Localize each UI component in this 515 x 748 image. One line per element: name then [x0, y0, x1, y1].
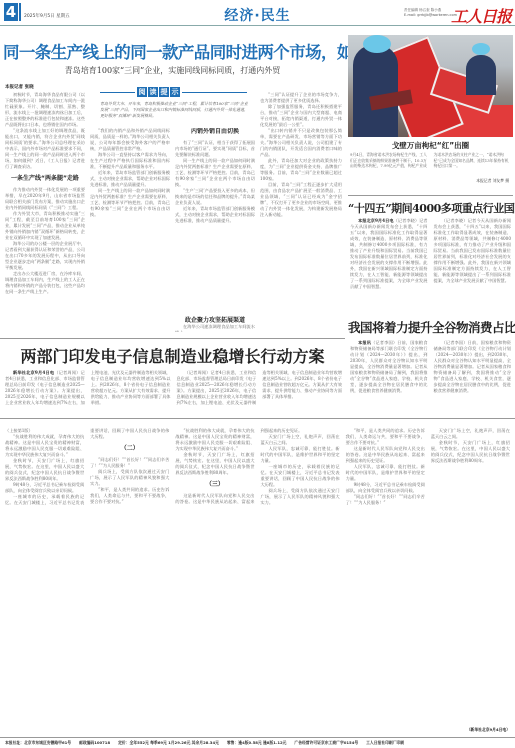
body-text: （记者周闻）记者4日获悉，工业和信息化部、市场监督管理总局日前印发《电子信息制造…	[5, 370, 171, 405]
reading-tip-box: 阅 读 提 示 青岛外贸大市、开年来，青岛积极推动企业“三同”工程，累计培育10…	[92, 87, 252, 127]
tip-rule-left	[100, 92, 135, 93]
paragraph: 本报北京9月4日电（记者李晓）记者今天从国新办新闻发布会上获悉，“十四五”以来，…	[350, 218, 428, 290]
paragraph: 海华公司的办公楼一层的企业展厅中，记者看到大量获得认证和荣誉的产品，公司在出口7…	[5, 241, 85, 271]
lead-byline: 本报记者 张晓	[5, 84, 34, 90]
photo-worker	[353, 45, 398, 137]
paragraph: 近年来，青岛市场监管部门创新服务模式，主动对接企业需求，帮助企业对标国际先进标准…	[175, 206, 255, 224]
paragraph: “出口转内销并不只是改换包装那么简单，需要在产品研发、市场营销等方面下功夫。”海…	[260, 128, 342, 158]
paragraph: 海华公司一直坚持以客户需求为导向，在生产过程中严格执行国际标准和国内标准，不断提…	[90, 152, 170, 170]
standards-body: 本报北京9月4日电（记者李晓）记者今天从国新办新闻发布会上获悉，“十四五”以来，…	[350, 218, 511, 306]
footer-price: 定价：全年552元 每季69元 1月29.26元 其余月28.34元	[118, 740, 219, 746]
lead-column-3-tail: 在海华公司速冻调理食品加工车间流水线上...	[175, 324, 255, 332]
paragraph: （记者李晓）记者今天从国新办新闻发布会上获悉，“十四五”以来，我国国际标准化工作…	[434, 218, 512, 284]
grains-headline: 我国将着力提升全谷物消费占比	[348, 318, 513, 336]
paragraph: 同一生产线上的同一款产品如何同时满足内外贸两套标准？生产企业需要在原料、工艺、检…	[90, 188, 170, 218]
photo-title: 戈壁万亩枸杞“红”出圈	[348, 140, 513, 151]
paragraph: “和平，是人类共同的追求。历史告诉我们，人类命运与共，要和平不要战争，要合作不要…	[346, 428, 425, 446]
photo-hairnet	[363, 35, 391, 53]
paragraph: 金秋时节，天安门广场上，红旗招展，气势恢宏。在这里，中国人民以盛大的阅兵仪式，纪…	[5, 458, 84, 482]
grains-body: 本报讯（记者李国）日前，国家粮食和物资储备局等部门联合印发《全谷物行动计划（20…	[350, 340, 511, 414]
tip-title-char: 读	[148, 87, 158, 97]
paragraph: 天安门广场上空，礼炮声声，回荡在蓝天白云之间。	[431, 428, 510, 440]
footer-retail: 零售：逢4版0.58元 逢8版1.12元	[227, 740, 287, 746]
paragraph: “抗战胜利的伟大成就，孕育伟大的抗战精神。这是中国人民宝贵的精神财富，将永远激励…	[5, 434, 84, 458]
paragraph: “同志们好！”“首长好！”“同志们辛苦了！”“为人民服务！”	[90, 457, 169, 469]
photo-credit: 本报记者 刘友梦 摄	[476, 178, 509, 184]
tip-title-char: 阅	[137, 87, 147, 97]
paragraph: 人民军队，忠诚可靠、能打胜仗。新时代的中国军队，是维护世界和平的坚定力量。	[260, 446, 339, 464]
divider	[348, 195, 513, 196]
paragraph: “同志们好！”“首长好！”“同志们辛苦了！”“为人民服务！”	[346, 494, 425, 506]
tip-text: 青岛外贸大市、开年来，青岛积极推动企业“三同”工程，累计培育100家“三同”企业…	[100, 101, 250, 119]
paragraph: “抗战胜利的伟大成就，孕育伟大的抗战精神。这是中国人民宝贵的精神财富，将永远激励…	[175, 428, 254, 452]
tip-title: 阅 读 提 示	[137, 87, 180, 97]
paragraph: 本报讯（记者李国）日前，国家粮食和物资储备局等部门联合印发《全谷物行动计划（20…	[350, 340, 428, 394]
lead-column-2: “我们的内销产品和外销产品同线同标同质，品质是一样的。”海华公司相关负责人说，公…	[90, 128, 170, 310]
paragraph: 阅兵场上，受阅方队依次通过天安门广场，展示了人民军队的精神风貌和强大实力。	[90, 469, 169, 487]
paragraph: “我们的内销产品和外销产品同线同标同质，品质是一样的。”海华公司相关负责人说，公…	[90, 128, 170, 152]
paragraph: （记者周闻）记者4日获悉，工业和信息化部、市场监督管理总局日前印发《电子信息制造…	[177, 370, 343, 406]
photo-caption: 9月4日，青海省诺木洪农场枸杞生产线，工人们正在收集采摘的鲜果准备烘干制干。10…	[350, 152, 511, 169]
dateline: 新华社北京9月4日电	[13, 370, 54, 375]
electronics-body: 新华社北京9月4日电（记者周闻）记者4日获悉，工业和信息化部、市场监督管理总局日…	[5, 370, 342, 414]
footer-printer: 工人日报社印刷厂印刷	[366, 740, 404, 746]
paragraph: 走出办公大楼迈进厂房，在冷库车间，调理食品加工车间内，生产线上的工人正在将内销和…	[5, 271, 85, 295]
photo-hairnet	[472, 43, 490, 55]
paragraph: 有了“三同”认证，相当于获得了拓展国内市场的“通行证”。要实现“同质”目标，首先…	[175, 140, 255, 158]
paragraph: 阅兵场上，受阅方队依次通过天安门广场，展示了人民军队的精神风貌和强大实力。	[260, 488, 339, 506]
divider	[0, 418, 515, 419]
newspaper-logo: 工人日报	[451, 4, 511, 27]
paragraph: “和平，是人类共同的追求。历史告诉我们，人类命运与共，要和平不要战争，要合作不要…	[90, 487, 169, 505]
lead-subhead-2: 内销外销自由切换	[175, 128, 255, 136]
paragraph: 9时48分，习近平总书记乘车检阅受阅部队，向全体受阅官兵致以亲切问候。	[346, 482, 425, 494]
feature-body: （上接第1版） “抗战胜利的伟大成就，孕育伟大的抗战精神。这是中国人民宝贵的精神…	[5, 428, 510, 726]
standards-headline: “十四五”期间4000多项重点行业国际发布	[348, 200, 513, 216]
paragraph: “三同”认证提升了企业的市场竞争力，也为消费者提供了更多优质选择。	[260, 92, 342, 104]
footer-address: 本报社址：北京市东城区安德路甲61号	[5, 740, 71, 746]
lead-subhead-1: 一条生产线“两条腿”走路	[5, 175, 85, 183]
paragraph: 除了加强监管服务，青岛还积极搭建平台，推动“三同”企业与国内大型商超、电商平台对…	[260, 104, 342, 128]
paragraph: 在海华公司速冻调理食品加工车间流水线上...	[175, 324, 255, 332]
paragraph: 9时48分，习近平总书记乘车检阅受阅部队，向全体受阅官兵致以亲切问候。	[5, 482, 84, 494]
feature-closing-credit: （新华社北京9月4日电）	[467, 727, 510, 733]
paragraph: 天安门广场上空，礼炮声声，回荡在蓝天白云之间。	[260, 434, 339, 446]
dateline: 本报讯	[358, 340, 371, 345]
paragraph: 金秋时节，天安门广场上，红旗招展，气势恢宏。在这里，中国人民以盛大的阅兵仪式，纪…	[431, 440, 510, 464]
tip-rule-right	[182, 92, 247, 93]
lead-column-4: “三同”认证提升了企业的市场竞争力，也为消费者提供了更多优质选择。 除了加强监管…	[260, 92, 342, 310]
page-footer: 本报社址：北京市东城区安德路甲61号 邮政编码100718 定价：全年552元 …	[0, 737, 515, 748]
body-text: （记者李晓）记者今天从国新办新闻发布会上获悉，“十四五”以来，我国国际标准化工作…	[350, 218, 428, 289]
electronics-headline: 两部门印发电子信息制造业稳增长行动方案	[0, 344, 345, 367]
dateline: 本报北京9月4日电	[358, 218, 394, 223]
editors-email: E-mail: grrbjjb@workeren.com	[404, 13, 457, 18]
footer-ad-license: 广告经营许可证京东工商广字0154号	[294, 740, 358, 746]
lead-subheadline: 青岛培育100家“三同”企业，实施同线同标同质，打通内外贸	[0, 65, 345, 76]
paragraph: 作为外贸大市，青岛积极推动实施“三同”工程，截至目前培育100家“三同”企业，累…	[5, 211, 85, 241]
lead-column-1: 初秋时节，青岛海华食品有限公司（以下简称海华公司）调理食品加工车间内一派忙碌景象…	[5, 92, 85, 310]
page-masthead: 4 2025年9月5日 星期五 经济·民生 责任编辑 杨召奎 陈小燕 E-mai…	[0, 0, 515, 26]
editors-info: 责任编辑 杨召奎 陈小燕 E-mail: grrbjjb@workeren.co…	[404, 8, 457, 18]
lead-column-3: 内销外销自由切换 有了“三同”认证，相当于获得了拓展国内市场的“通行证”。要实现…	[175, 128, 255, 310]
paragraph: 人民军队，忠诚可靠、能打胜仗。新时代的中国军队，是维护世界和平的坚定力量。	[346, 464, 425, 482]
paragraph: “生产‘三同’产品要投入更多的成本，但换来的是市场的信任和品牌的提升。”青岛某企…	[175, 188, 255, 206]
goji-photo	[348, 35, 513, 137]
paragraph: 目前，青岛“三同”工程正逐步扩大适用范围，由食品农产品扩展至一般消费品、工业品领…	[260, 182, 342, 218]
paragraph: 此外，青岛还加大对企业的政策扶持力度，为“三同”企业提供资金支持、品牌推广等服务…	[260, 158, 342, 182]
paragraph: 金秋时节，天安门广场上，红旗招展，气势恢宏。在这里，中国人民以盛大的阅兵仪式，纪…	[175, 452, 254, 476]
paragraph: （记者李国）日前，国家粮食和物资储备局等部门联合印发《全谷物行动计划（2024—…	[434, 340, 512, 394]
paragraph: 新华社北京9月4日电（记者周闻）记者4日获悉，工业和信息化部、市场监督管理总局日…	[5, 370, 171, 406]
paragraph: 这是新时代人民军队向党和人民交出的答卷。这是中华民族从站起来、富起来到强起来的历…	[346, 446, 425, 464]
paragraph: 作为推动内外贸一体化发展的一项重要举措，早在2020年9月，山东省市场监管局联合…	[5, 187, 85, 211]
tip-title-char: 示	[170, 87, 180, 97]
paragraph: 一座城市的历史，承载着民族的记忆。在天安门城楼上，习近平总书记发表重要讲话，回顾…	[260, 464, 339, 488]
divider	[0, 338, 345, 339]
footer-postcode: 邮政编码100718	[79, 740, 110, 746]
photo-worker	[466, 55, 496, 95]
tip-title-char: 提	[159, 87, 169, 97]
paragraph: 初秋时节，青岛海华食品有限公司（以下简称海华公司）调理食品加工车间内一派忙碌景象…	[5, 92, 85, 128]
lead-headline: 同一条生产线上的同一款产品同时进两个市场，如何做到？	[3, 39, 341, 63]
paragraph: 近年来，青岛市场监管部门创新服务模式，主动对接企业需求，帮助企业对标国际先进标准…	[90, 170, 170, 188]
body-text: （记者李国）日前，国家粮食和物资储备局等部门联合印发《全谷物行动计划（2024—…	[350, 340, 428, 393]
part-label: （三）	[175, 481, 254, 489]
paragraph: 同一生产线上的同一款产品如何同时满足内外贸两套标准？生产企业需要在原料、工艺、检…	[175, 158, 255, 188]
part-label: （二）	[90, 445, 169, 453]
paragraph: “这条流水线上加工好的调理食品，既能出口，又能内销，符合企业内外贸‘同线同标同质…	[5, 128, 85, 170]
